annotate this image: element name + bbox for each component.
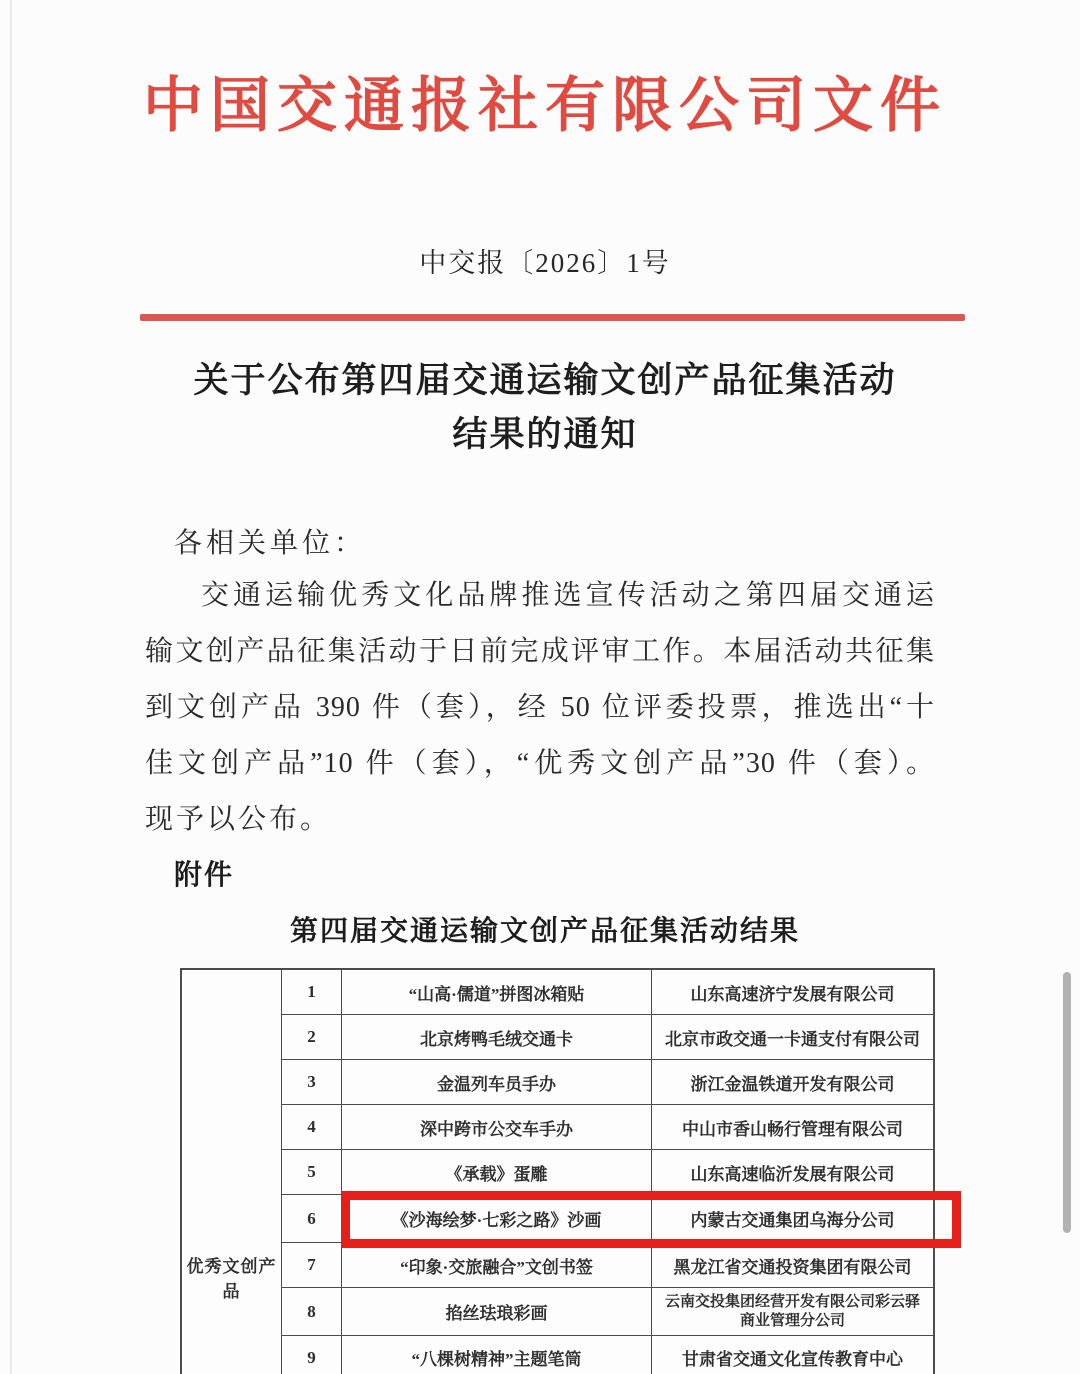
company-cell: 甘肃省交通文化宣传教育中心 <box>652 1336 933 1374</box>
product-cell: 深中跨市公交车手办 <box>342 1105 652 1149</box>
table-row: 7“印象·交旅融合”文创书签黑龙江省交通投资集团有限公司 <box>282 1243 933 1288</box>
results-table: 优秀文创产品 1“山高·儒道”拼图冰箱贴山东高速济宁发展有限公司2北京烤鸭毛绒交… <box>180 968 935 1374</box>
table-rows-area: 1“山高·儒道”拼图冰箱贴山东高速济宁发展有限公司2北京烤鸭毛绒交通卡北京市政交… <box>282 970 933 1374</box>
row-number-cell: 2 <box>282 1015 342 1059</box>
product-cell: “八棵树精神”主题笔筒 <box>342 1336 652 1374</box>
product-cell: 《沙海绘梦·七彩之路》沙画 <box>342 1195 652 1242</box>
table-row: 8掐丝珐琅彩画云南交投集团经营开发有限公司彩云驿商业管理分公司 <box>282 1288 933 1336</box>
document-title-line2: 结果的通知 <box>105 408 985 462</box>
body-line: 交通运输优秀文化品牌推选宣传活动之第四届交通运 <box>145 568 935 624</box>
table-row: 5《承载》蛋雕山东高速临沂发展有限公司 <box>282 1150 933 1195</box>
document-title: 关于公布第四届交通运输文创产品征集活动 结果的通知 <box>105 354 985 462</box>
scrollbar-thumb[interactable] <box>1063 972 1071 1233</box>
body-paragraph: 交通运输优秀文化品牌推选宣传活动之第四届交通运 输文创产品征集活动于日前完成评审… <box>145 568 935 848</box>
product-cell: “印象·交旅融合”文创书签 <box>342 1243 652 1287</box>
salutation: 各相关单位： <box>174 521 366 561</box>
document-title-line1: 关于公布第四届交通运输文创产品征集活动 <box>105 354 985 408</box>
category-label: 优秀文创产品 <box>182 1252 281 1302</box>
table-row: 2北京烤鸭毛绒交通卡北京市政交通一卡通支付有限公司 <box>282 1015 933 1060</box>
product-cell: 北京烤鸭毛绒交通卡 <box>342 1015 652 1059</box>
company-cell: 中山市香山畅行管理有限公司 <box>652 1105 933 1149</box>
row-number-cell: 7 <box>282 1243 342 1287</box>
body-line: 输文创产品征集活动于日前完成评审工作。本届活动共征集 <box>145 624 935 680</box>
body-line: 佳文创产品”10 件（套），“优秀文创产品”30 件（套）。 <box>145 736 935 792</box>
product-cell: 金温列车员手办 <box>342 1060 652 1104</box>
table-row: 6《沙海绘梦·七彩之路》沙画内蒙古交通集团乌海分公司 <box>282 1195 933 1243</box>
row-number-cell: 8 <box>282 1288 342 1335</box>
row-number-cell: 3 <box>282 1060 342 1104</box>
table-row: 9“八棵树精神”主题笔筒甘肃省交通文化宣传教育中心 <box>282 1336 933 1374</box>
results-table-title: 第四届交通运输文创产品征集活动结果 <box>105 909 985 949</box>
row-number-cell: 5 <box>282 1150 342 1194</box>
table-row: 3金温列车员手办浙江金温铁道开发有限公司 <box>282 1060 933 1105</box>
page-left-edge <box>10 0 12 1374</box>
document-number: 中交报〔2026〕1号 <box>105 241 985 280</box>
red-divider-line <box>140 314 965 321</box>
company-cell: 山东高速临沂发展有限公司 <box>652 1150 933 1194</box>
company-cell: 内蒙古交通集团乌海分公司 <box>652 1195 933 1242</box>
body-line: 现予以公布。 <box>145 792 935 848</box>
company-cell: 浙江金温铁道开发有限公司 <box>652 1060 933 1104</box>
body-line: 到文创产品 390 件（套），经 50 位评委投票，推选出“十 <box>145 680 935 736</box>
row-number-cell: 6 <box>282 1195 342 1242</box>
product-cell: 掐丝珐琅彩画 <box>342 1288 652 1335</box>
table-row: 4深中跨市公交车手办中山市香山畅行管理有限公司 <box>282 1105 933 1150</box>
company-cell: 云南交投集团经营开发有限公司彩云驿商业管理分公司 <box>652 1288 933 1335</box>
category-merged-cell: 优秀文创产品 <box>182 970 282 1374</box>
attachment-label: 附件 <box>174 853 234 893</box>
row-number-cell: 1 <box>282 970 342 1014</box>
company-cell: 山东高速济宁发展有限公司 <box>652 970 933 1014</box>
document-page: 中国交通报社有限公司文件 中交报〔2026〕1号 关于公布第四届交通运输文创产品… <box>0 0 1080 1374</box>
row-number-cell: 9 <box>282 1336 342 1374</box>
product-cell: “山高·儒道”拼图冰箱贴 <box>342 970 652 1014</box>
company-cell: 黑龙江省交通投资集团有限公司 <box>652 1243 933 1287</box>
document-header-title: 中国交通报社有限公司文件 <box>120 58 970 144</box>
product-cell: 《承载》蛋雕 <box>342 1150 652 1194</box>
company-cell: 北京市政交通一卡通支付有限公司 <box>652 1015 933 1059</box>
table-row: 1“山高·儒道”拼图冰箱贴山东高速济宁发展有限公司 <box>282 970 933 1015</box>
row-number-cell: 4 <box>282 1105 342 1149</box>
